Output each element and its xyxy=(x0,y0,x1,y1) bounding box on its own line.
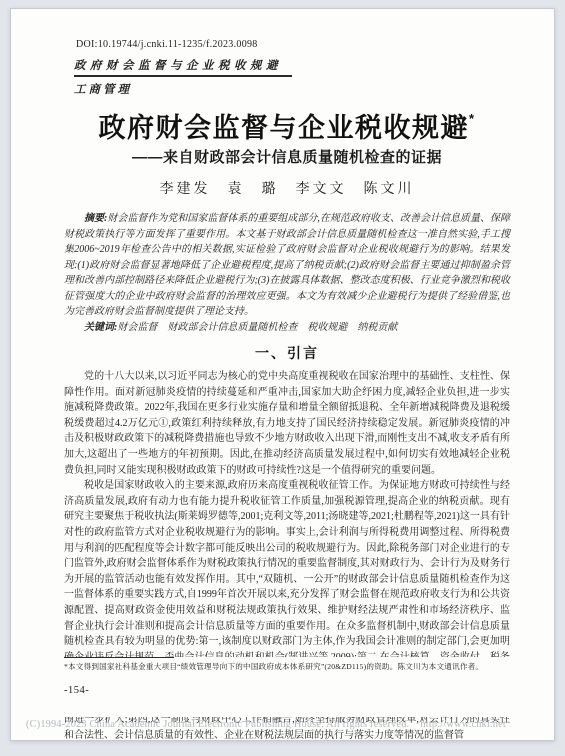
abstract-paragraph: 摘要:财会监督作为党和国家监督体系的重要组成部分,在规范政府收支、改善会计信息质… xyxy=(64,211,510,320)
doi-text: DOI:10.19744/j.cnki.11-1235/f.2023.0098 xyxy=(76,39,510,50)
title-footnote-mark: * xyxy=(469,111,476,126)
viewer-canvas: DOI:10.19744/j.cnki.11-1235/f.2023.0098 … xyxy=(0,0,565,756)
column-label: 工商管理 xyxy=(74,81,510,97)
journal-page: DOI:10.19744/j.cnki.11-1235/f.2023.0098 … xyxy=(10,8,555,741)
copyright-notice: (C)1994-2023 China Academic Journal Elec… xyxy=(26,719,506,730)
article-subtitle: ——来自财政部会计信息质量随机检查的证据 xyxy=(64,146,510,167)
article-title-text: 政府财会监督与企业税收规避 xyxy=(98,113,469,143)
page-number: -154- xyxy=(64,685,510,696)
author-names: 李建发 袁 璐 李文文 陈文川 xyxy=(64,178,510,198)
article-title: 政府财会监督与企业税收规避* xyxy=(64,102,510,145)
footnote-rule xyxy=(64,657,174,658)
keywords-label: 关键词: xyxy=(84,322,117,333)
section-heading-introduction: 一、引言 xyxy=(64,343,510,363)
keywords-text: 财会监督 财政部会计信息质量随机检查 税收规避 纳税贡献 xyxy=(117,322,397,333)
running-head: 政府财会监督与企业税收规避 xyxy=(74,57,292,77)
abstract-label: 摘要: xyxy=(84,213,107,224)
body-paragraph-1: 党的十八大以来,以习近平同志为核心的党中央高度重视税收在国家治理中的基础性、支柱… xyxy=(64,369,510,478)
footnote-area: *本文得到国家社科基金重大项目“绩效管理导向下的中国政府成本体系研究”(20&Z… xyxy=(64,657,510,717)
page-content: DOI:10.19744/j.cnki.11-1235/f.2023.0098 … xyxy=(64,9,510,741)
abstract-text: 财会监督作为党和国家监督体系的重要组成部分,在规范政府收支、改善会计信息质量、保… xyxy=(64,213,510,317)
footnote-text: *本文得到国家社科基金重大项目“绩效管理导向下的中国政府成本体系研究”(20&Z… xyxy=(64,661,510,672)
keywords-line: 关键词:财会监督 财政部会计信息质量随机检查 税收规避 纳税贡献 xyxy=(64,320,510,336)
running-head-row: 政府财会监督与企业税收规避 xyxy=(64,50,510,77)
